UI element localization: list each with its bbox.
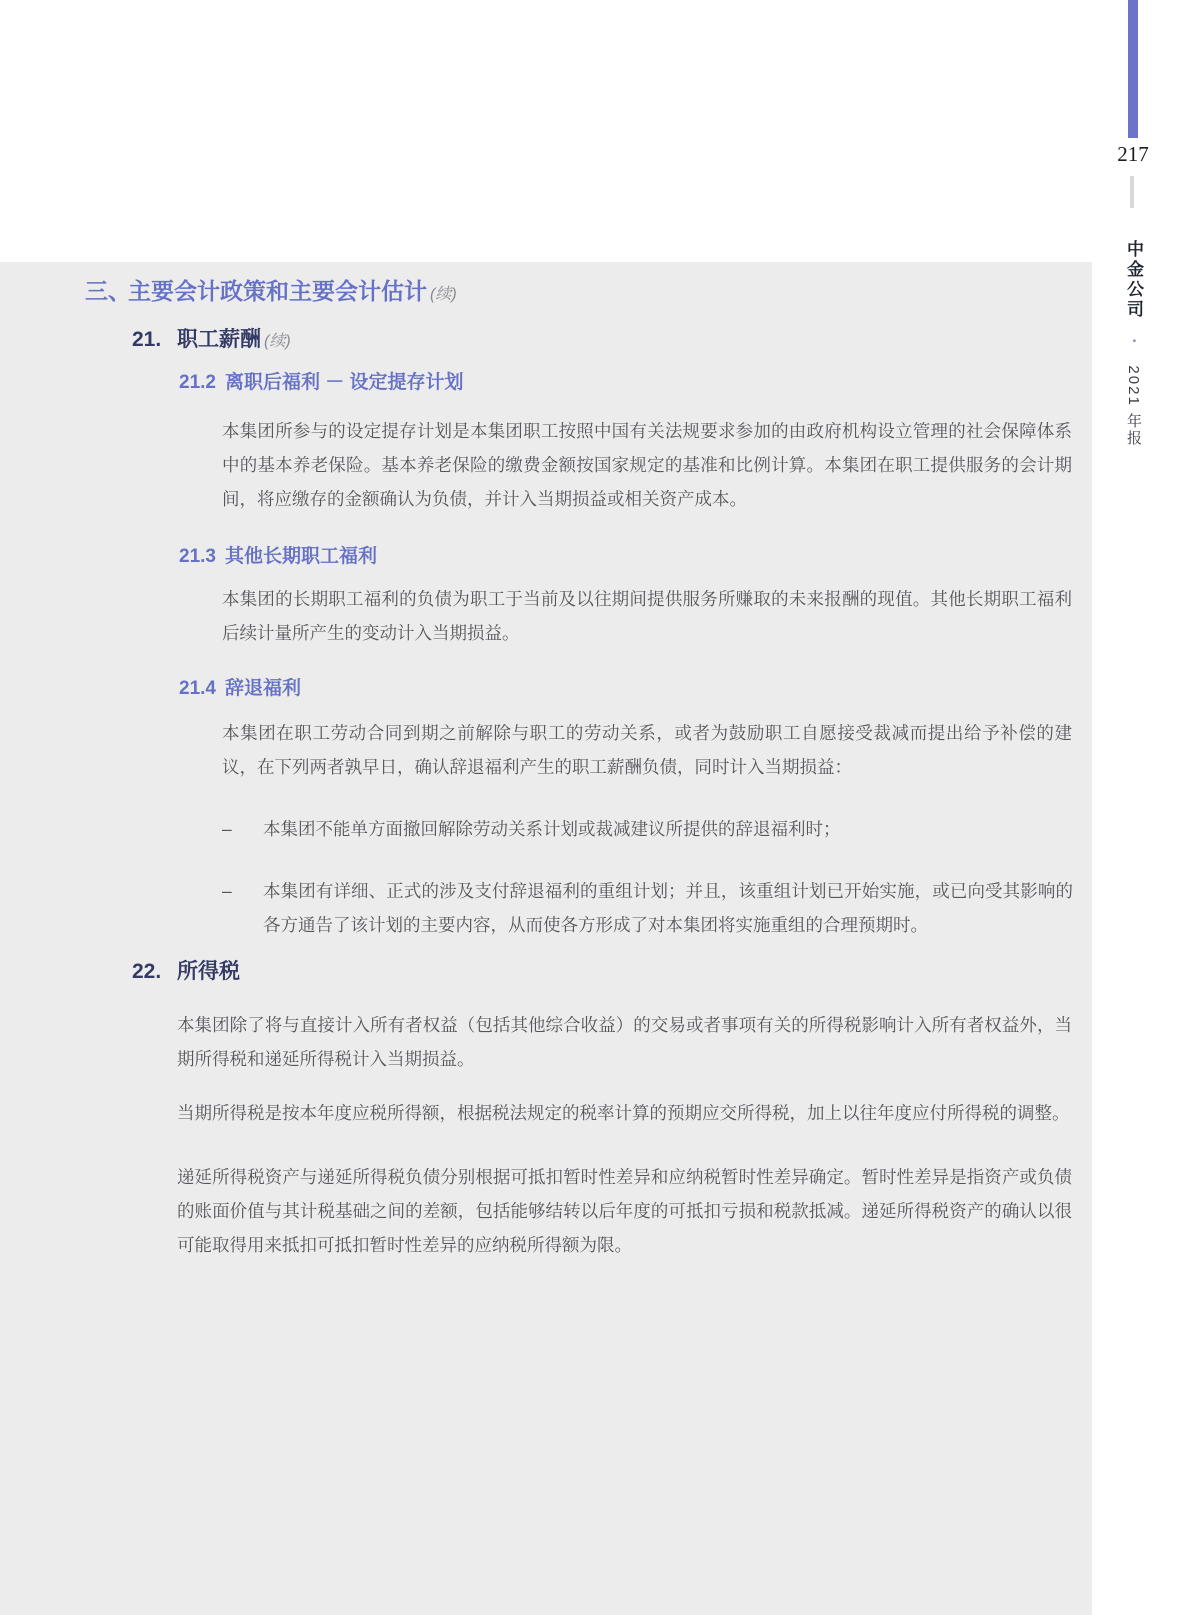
company-name: 中金公司 <box>1124 240 1143 320</box>
section-heading-3-index: 三、 <box>85 276 128 306</box>
paragraph-22-2: 当期所得税是按本年度应税所得额，根据税法规定的税率计算的预期应交所得税，加上以往… <box>177 1096 1072 1130</box>
paragraph-22-1: 本集团除了将与直接计入所有者权益（包括其他综合收益）的交易或者事项有关的所得税影… <box>177 1008 1072 1076</box>
paragraph-22-3: 递延所得税资产与递延所得税负债分别根据可抵扣暂时性差异和应纳税暂时性差异确定。暂… <box>177 1160 1072 1262</box>
heading-21-4-title: 辞退福利 <box>225 676 301 702</box>
heading-21-3-index: 21.3 <box>179 544 225 570</box>
heading-22-index: 22. <box>132 958 177 986</box>
paragraph-21-4: 本集团在职工劳动合同到期之前解除与职工的劳动关系，或者为鼓励职工自愿接受裁减而提… <box>222 716 1072 784</box>
heading-21-4-index: 21.4 <box>179 676 225 702</box>
heading-21: 21. 职工薪酬 (续) <box>132 326 1092 356</box>
continued-marker: (续) <box>430 280 457 310</box>
section-heading-3-title: 主要会计政策和主要会计估计 <box>128 276 427 306</box>
report-year: 2021 年报 <box>1125 365 1142 447</box>
document-panel: 三、 主要会计政策和主要会计估计 (续) 21. 职工薪酬 (续) 21.2 离… <box>0 262 1092 1615</box>
list-item: – 本集团有详细、正式的涉及支付辞退福利的重组计划；并且，该重组计划已开始实施，… <box>222 874 1073 942</box>
heading-21-2-title: 离职后福利 － 设定提存计划 <box>225 370 464 396</box>
section-heading-3: 三、 主要会计政策和主要会计估计 (续) <box>85 276 1092 310</box>
heading-21-index: 21. <box>132 326 177 354</box>
heading-21-2-index: 21.2 <box>179 370 225 396</box>
heading-21-3: 21.3 其他长期职工福利 <box>179 544 1092 570</box>
heading-21-2: 21.2 离职后福利 － 设定提存计划 <box>179 370 1092 396</box>
heading-22-title: 所得税 <box>177 958 240 986</box>
paragraph-21-2: 本集团所参与的设定提存计划是本集团职工按照中国有关法规要求参加的由政府机构设立管… <box>222 414 1072 516</box>
heading-21-3-title: 其他长期职工福利 <box>225 544 377 570</box>
sidebar-vertical-text: 中金公司 • 2021 年报 <box>1121 240 1146 447</box>
accent-bar <box>1128 0 1138 138</box>
list-item: – 本集团不能单方面撤回解除劳动关系计划或裁减建议所提供的辞退福利时； <box>222 812 1073 846</box>
separator-dot: • <box>1128 339 1139 346</box>
dash-marker: – <box>222 874 263 942</box>
heading-21-title: 职工薪酬 <box>177 326 261 354</box>
heading-22: 22. 所得税 <box>132 958 1092 986</box>
paragraph-21-3: 本集团的长期职工福利的负债为职工于当前及以往期间提供服务所赚取的未来报酬的现值。… <box>222 582 1072 650</box>
page-number-tick <box>1130 176 1134 208</box>
heading-21-4: 21.4 辞退福利 <box>179 676 1092 702</box>
page-number: 217 <box>1106 142 1160 167</box>
list-item-text: 本集团有详细、正式的涉及支付辞退福利的重组计划；并且，该重组计划已开始实施，或已… <box>263 874 1073 942</box>
list-item-text: 本集团不能单方面撤回解除劳动关系计划或裁减建议所提供的辞退福利时； <box>263 812 1073 846</box>
dash-marker: – <box>222 812 263 846</box>
continued-marker: (续) <box>264 328 291 356</box>
